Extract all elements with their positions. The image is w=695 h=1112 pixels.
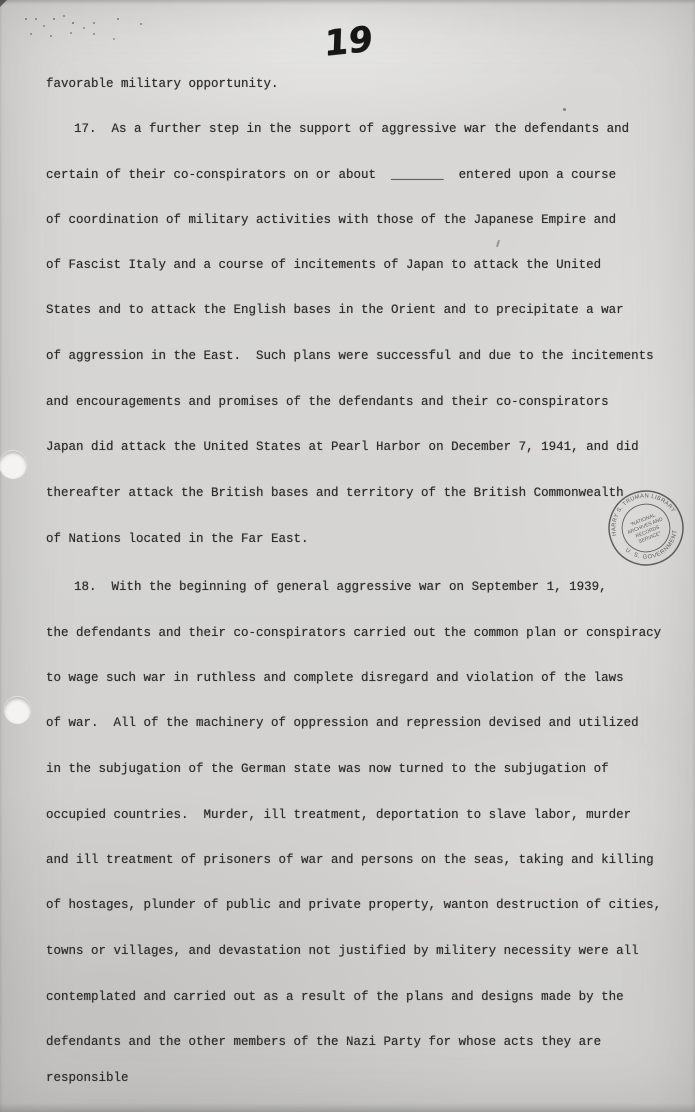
text-line: Japan did attack the United States at Pe…	[46, 440, 639, 454]
text-line: responsible	[46, 1071, 129, 1085]
paper-speck	[563, 108, 566, 111]
text-line: of hostages, plunder of public and priva…	[46, 898, 661, 912]
text-line: towns or villages, and devastation not j…	[46, 944, 639, 958]
text-line: certain of their co-conspirators on or a…	[46, 168, 616, 182]
text-line: and encouragements and promises of the d…	[46, 395, 609, 409]
text-line: of aggression in the East. Such plans we…	[46, 349, 654, 363]
page-bottom-edge	[0, 1103, 695, 1112]
text-line: in the subjugation of the German state w…	[46, 762, 609, 776]
text-line: of coordination of military activities w…	[46, 213, 616, 227]
text-line: contemplated and carried out as a result…	[46, 990, 624, 1004]
text-line: occupied countries. Murder, ill treatmen…	[46, 808, 631, 822]
text-line: defendants and the other members of the …	[46, 1035, 601, 1049]
text-line: thereafter attack the British bases and …	[46, 486, 624, 500]
paper-specks	[25, 18, 27, 20]
text-line: 18. With the beginning of general aggres…	[74, 580, 607, 594]
paper-speck	[496, 240, 500, 247]
text-line: favorable military opportunity.	[46, 77, 279, 91]
text-line: and ill treatment of prisoners of war an…	[46, 853, 654, 867]
text-line: 17. As a further step in the support of …	[74, 122, 629, 136]
hole-punch	[0, 451, 27, 479]
text-line: of Nations located in the Far East.	[46, 532, 309, 546]
archive-stamp: HARRY S. TRUMAN LIBRARY U. S. GOVERNMENT…	[601, 483, 691, 573]
document-page: 19 favorable military opportunity. 17. A…	[0, 0, 695, 1112]
text-line: of war. All of the machinery of oppressi…	[46, 716, 639, 730]
text-line: to wage such war in ruthless and complet…	[46, 671, 624, 685]
text-line: of Fascist Italy and a course of incitem…	[46, 258, 601, 272]
handwritten-page-number: 19	[323, 19, 373, 64]
hole-punch	[4, 697, 31, 724]
corner-mark	[0, 0, 7, 7]
text-line: States and to attack the English bases i…	[46, 303, 624, 317]
text-line: the defendants and their co-conspirators…	[46, 626, 661, 640]
